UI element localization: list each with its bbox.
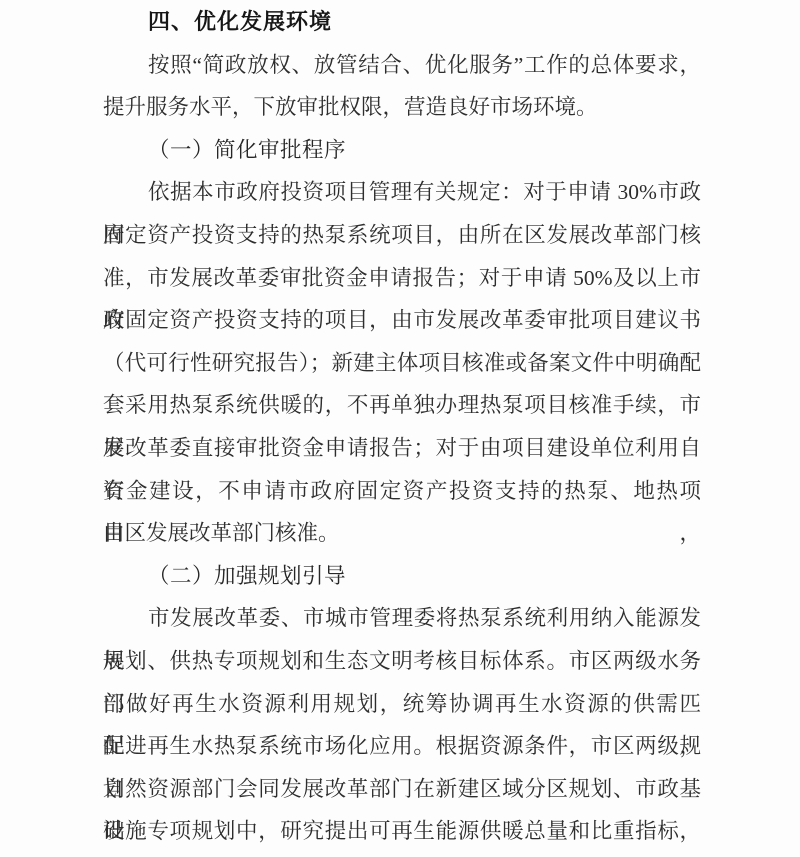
text-line: 门做好再生水资源利用规划，统筹协调再生水资源的供需匹配， [103,683,701,726]
text-line: 展改革委直接审批资金申请报告；对于由项目建设单位利用自有 [103,427,701,470]
document-blocks: 按照“简政放权、放管结合、优化服务”工作的总体要求，提升服务水平，下放审批权限，… [103,44,701,853]
text-line: 依据本市政府投资项目管理有关规定：对于申请 30%市政府 [103,171,701,214]
text-line: 套采用热泵系统供暖的，不再单独办理热泵项目核准手续，市发 [103,384,701,427]
text-line: 市发展改革委、市城市管理委将热泵系统利用纳入能源发展 [103,597,701,640]
text-line: 规划、供热专项规划和生态文明考核目标体系。市区两级水务部 [103,640,701,683]
document-content: 四、优化发展环境 按照“简政放权、放管结合、优化服务”工作的总体要求，提升服务水… [103,1,701,853]
paragraph: 按照“简政放权、放管结合、优化服务”工作的总体要求，提升服务水平，下放审批权限，… [103,44,701,129]
document-page: 四、优化发展环境 按照“简政放权、放管结合、优化服务”工作的总体要求，提升服务水… [0,0,800,857]
section-heading: 四、优化发展环境 [103,1,701,44]
text-line: 府固定资产投资支持的项目，由市发展改革委审批项目建议书 [103,299,701,342]
text-line: 自然资源部门会同发展改革部门在新建区域分区规划、市政基础 [103,768,701,811]
sub-heading: （二）加强规划引导 [103,555,701,598]
text-line: 固定资产投资支持的热泵系统项目，由所在区发展改革部门核 [103,214,701,257]
sub-heading: （一）简化审批程序 [103,129,701,172]
text-line: 资金建设，不申请市政府固定资产投资支持的热泵、地热项目， [103,470,701,513]
text-line: 设施专项规划中，研究提出可再生能源供暖总量和比重指标，将 [103,810,701,853]
paragraph: 依据本市政府投资项目管理有关规定：对于申请 30%市政府固定资产投资支持的热泵系… [103,171,701,554]
text-line: 提升服务水平，下放审批权限，营造良好市场环境。 [103,86,701,129]
text-line: 按照“简政放权、放管结合、优化服务”工作的总体要求， [103,44,701,87]
text-line: 促进再生水热泵系统市场化应用。根据资源条件，市区两级规划 [103,725,701,768]
text-line: （代可行性研究报告）；新建主体项目核准或备案文件中明确配 [103,342,701,385]
paragraph: 市发展改革委、市城市管理委将热泵系统利用纳入能源发展规划、供热专项规划和生态文明… [103,597,701,853]
text-line: 准，市发展改革委审批资金申请报告；对于申请 50%及以上市政 [103,257,701,300]
